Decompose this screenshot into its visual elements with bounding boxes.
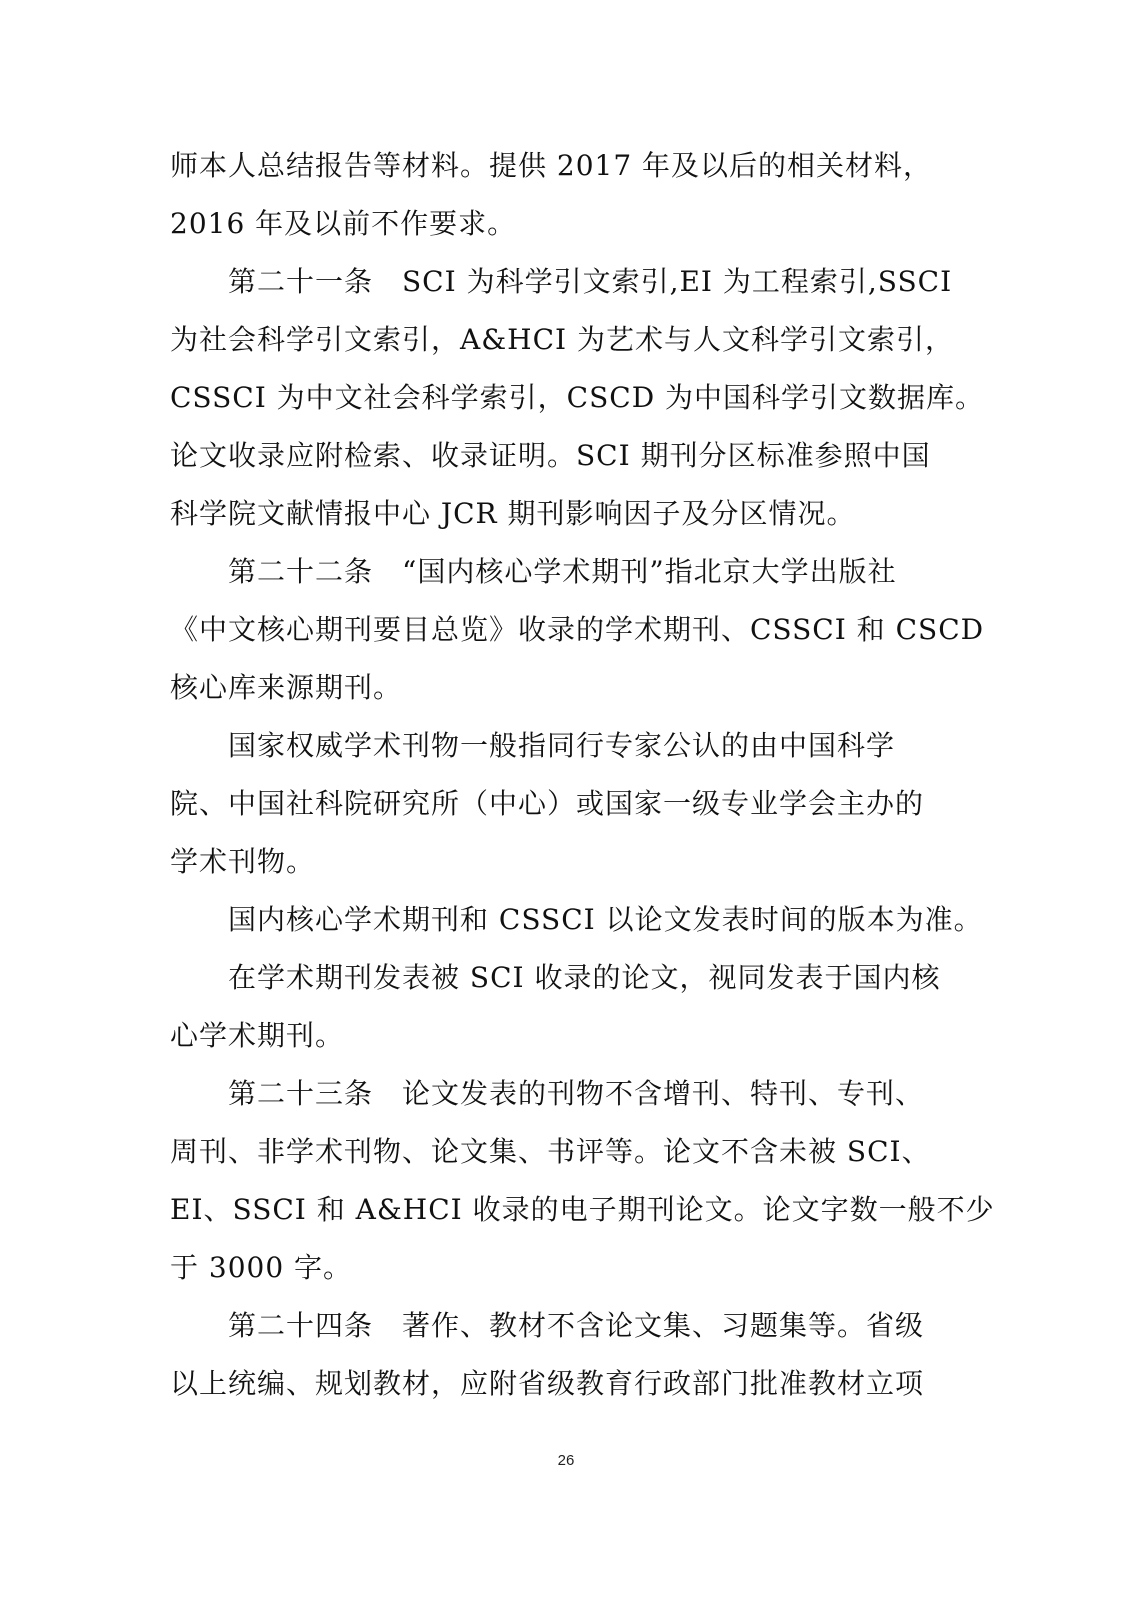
- text-line: EI、SSCI 和 A&HCI 收录的电子期刊论文。论文字数一般不少: [170, 1192, 960, 1228]
- paragraph-start-line: 在学术期刊发表被 SCI 收录的论文，视同发表于国内核: [228, 960, 1018, 996]
- text-line: 于 3000 字。: [170, 1250, 960, 1286]
- article-21-heading-line: 第二十一条 SCI 为科学引文索引,EI 为工程索引,SSCI: [228, 264, 1018, 300]
- article-24-heading-line: 第二十四条 著作、教材不含论文集、习题集等。省级: [228, 1308, 1018, 1344]
- text-line: 院、中国社科院研究所（中心）或国家一级专业学会主办的: [170, 786, 960, 822]
- paragraph-start-line: 国内核心学术期刊和 CSSCI 以论文发表时间的版本为准。: [228, 902, 1018, 938]
- text-line: CSSCI 为中文社会科学索引，CSCD 为中国科学引文数据库。: [170, 380, 960, 416]
- article-22-heading-line: 第二十二条 “国内核心学术期刊”指北京大学出版社: [228, 554, 1018, 590]
- text-line: 论文收录应附检索、收录证明。SCI 期刊分区标准参照中国: [170, 438, 960, 474]
- text-line: 学术刊物。: [170, 844, 960, 880]
- text-line: 科学院文献情报中心 JCR 期刊影响因子及分区情况。: [170, 496, 960, 532]
- text-line: 周刊、非学术刊物、论文集、书评等。论文不含未被 SCI、: [170, 1134, 960, 1170]
- text-line: 心学术期刊。: [170, 1018, 960, 1054]
- article-23-heading-line: 第二十三条 论文发表的刊物不含增刊、特刊、专刊、: [228, 1076, 1018, 1112]
- text-line: 为社会科学引文索引，A&HCI 为艺术与人文科学引文索引，: [170, 322, 960, 358]
- page-number: 26: [0, 1452, 1132, 1469]
- text-line: 核心库来源期刊。: [170, 670, 960, 706]
- document-page: 师本人总结报告等材料。提供 2017 年及以后的相关材料， 2016 年及以前不…: [0, 0, 1132, 1600]
- text-line: 《中文核心期刊要目总览》收录的学术期刊、CSSCI 和 CSCD: [170, 612, 960, 648]
- text-line: 以上统编、规划教材，应附省级教育行政部门批准教材立项: [170, 1366, 960, 1402]
- text-line: 2016 年及以前不作要求。: [170, 206, 960, 242]
- paragraph-start-line: 国家权威学术刊物一般指同行专家公认的由中国科学: [228, 728, 1018, 764]
- text-line: 师本人总结报告等材料。提供 2017 年及以后的相关材料，: [170, 148, 960, 184]
